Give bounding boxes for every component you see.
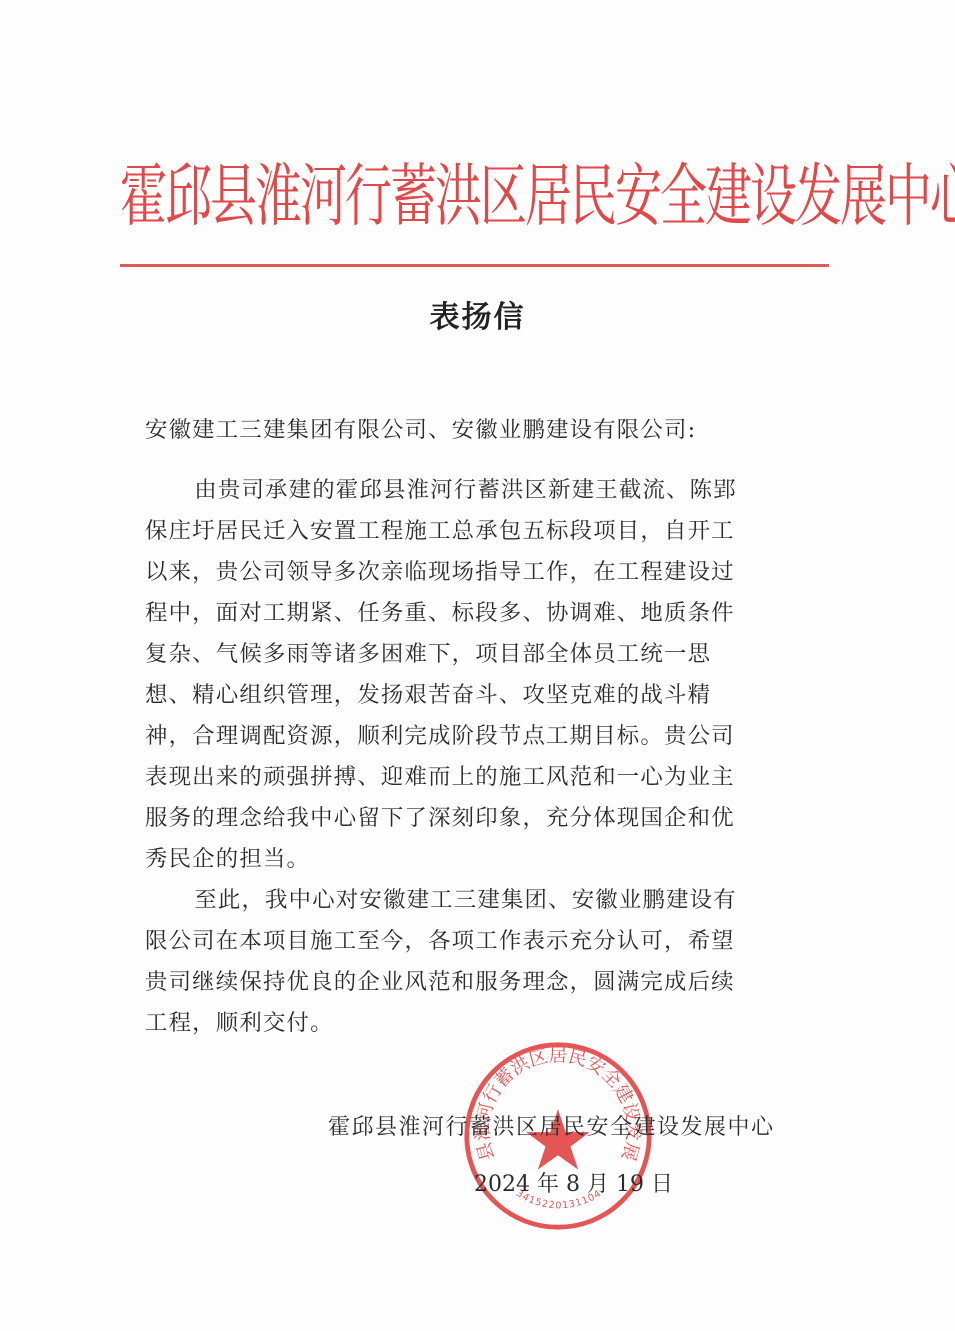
paragraph-line: 由贵司承建的霍邱县淮河行蓄洪区新建王截流、陈郢 xyxy=(145,470,805,511)
paragraph-line: 以来，贵公司领导多次亲临现场指导工作，在工程建设过 xyxy=(145,552,805,593)
paragraph-line: 程中，面对工期紧、任务重、标段多、协调难、地质条件 xyxy=(145,593,805,634)
paragraph-line: 表现出来的顽强拼搏、迎难而上的施工风范和一心为业主 xyxy=(145,757,805,798)
signature-organization: 霍邱县淮河行蓄洪区居民安全建设发展中心 xyxy=(328,1110,775,1141)
paragraph-line: 秀民企的担当。 xyxy=(145,839,805,880)
letterhead-red-rule xyxy=(120,264,829,267)
paragraph-line: 服务的理念给我中心留下了深刻印象，充分体现国企和优 xyxy=(145,798,805,839)
paragraph-line: 复杂、气候多雨等诸多困难下，项目部全体员工统一思 xyxy=(145,634,805,675)
paragraph-line: 想、精心组织管理，发扬艰苦奋斗、攻坚克难的战斗精 xyxy=(145,675,805,716)
paragraph-1: 由贵司承建的霍邱县淮河行蓄洪区新建王截流、陈郢 保庄圩居民迁入安置工程施工总承包… xyxy=(145,470,805,880)
paragraph-line: 保庄圩居民迁入安置工程施工总承包五标段项目，自开工 xyxy=(145,511,805,552)
signature-date: 2024 年 8 月 19 日 xyxy=(474,1167,673,1198)
document-title: 表扬信 xyxy=(0,292,955,336)
letter-page: 霍邱县淮河行蓄洪区居民安全建设发展中心 表扬信 安徽建工三建集团有限公司、安徽业… xyxy=(0,0,955,1331)
salutation: 安徽建工三建集团有限公司、安徽业鹏建设有限公司: xyxy=(145,410,805,451)
paragraph-line: 工程，顺利交付。 xyxy=(145,1003,805,1044)
paragraph-line: 神，合理调配资源，顺利完成阶段节点工期目标。贵公司 xyxy=(145,716,805,757)
paragraph-line: 贵司继续保持优良的企业风范和服务理念，圆满完成后续 xyxy=(145,962,805,1003)
letterhead-organization: 霍邱县淮河行蓄洪区居民安全建设发展中心 xyxy=(120,163,830,231)
paragraph-line: 限公司在本项目施工至今，各项工作表示充分认可，希望 xyxy=(145,921,805,962)
letter-body: 安徽建工三建集团有限公司、安徽业鹏建设有限公司: 由贵司承建的霍邱县淮河行蓄洪区… xyxy=(145,410,805,1044)
paragraph-line: 至此，我中心对安徽建工三建集团、安徽业鹏建设有 xyxy=(145,880,805,921)
paragraph-2: 至此，我中心对安徽建工三建集团、安徽业鹏建设有 限公司在本项目施工至今，各项工作… xyxy=(145,880,805,1044)
